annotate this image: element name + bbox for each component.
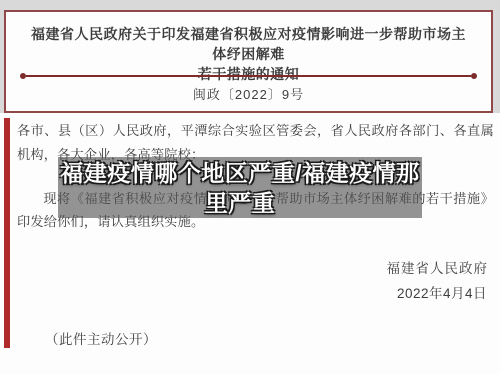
red-accent-bar	[4, 118, 10, 348]
issuer-name: 福建省人民政府	[387, 257, 489, 277]
rule-dot-right-icon	[471, 73, 477, 79]
rule-line	[26, 75, 471, 77]
overlay-caption-text: 福建疫情哪个地区严重/福建疫情那里严重	[58, 157, 422, 218]
notice-title-line1: 福建省人民政府关于印发福建省积极应对疫情影响进一步帮助市场主体纾困解难	[28, 24, 469, 64]
caption-overlay: 福建疫情哪个地区严重/福建疫情那里严重	[58, 157, 422, 218]
document-page: 福建省人民政府关于印发福建省积极应对疫情影响进一步帮助市场主体纾困解难 若干措施…	[0, 0, 500, 374]
document-number: 闽政〔2022〕9号	[6, 84, 491, 103]
disclosure-footnote: （此件主动公开）	[45, 328, 157, 348]
issue-date: 2022年4月4日	[397, 282, 487, 302]
notice-header-box: 福建省人民政府关于印发福建省积极应对疫情影响进一步帮助市场主体纾困解难 若干措施…	[4, 10, 493, 113]
title-divider-rule	[20, 73, 477, 79]
